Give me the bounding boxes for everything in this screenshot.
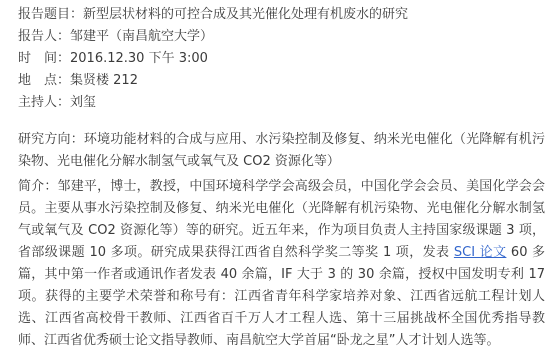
field-location: 地 点：集贤楼 212: [18, 70, 545, 92]
field-speaker-label: 报告人：: [18, 29, 70, 44]
bio-paragraph: 简介：邹建平，博士，教授，中国环境科学学会高级会员，中国化学会会员、美国化学会会…: [18, 176, 545, 352]
sci-papers-link[interactable]: SCI 论文: [454, 245, 506, 260]
field-time-value: 2016.12.30 下午 3:00: [70, 51, 208, 66]
field-location-label: 地 点：: [18, 73, 70, 88]
field-location-value: 集贤楼 212: [70, 73, 138, 88]
field-speaker: 报告人：邹建平（南昌航空大学）: [18, 26, 545, 48]
field-report-title-label: 报告题目：: [18, 7, 83, 22]
field-speaker-value: 邹建平（南昌航空大学）: [70, 29, 213, 44]
field-host: 主持人：刘玺: [18, 92, 545, 114]
header-fields: 报告题目：新型层状材料的可控合成及其光催化处理有机废水的研究 报告人：邹建平（南…: [18, 4, 545, 114]
field-host-label: 主持人：: [18, 95, 70, 110]
field-report-title: 报告题目：新型层状材料的可控合成及其光催化处理有机废水的研究: [18, 4, 545, 26]
field-time: 时 间：2016.12.30 下午 3:00: [18, 48, 545, 70]
field-host-value: 刘玺: [70, 95, 96, 110]
field-time-label: 时 间：: [18, 51, 70, 66]
bio-text-after-link: 60 多篇，其中第一作者或通讯作者发表 40 余篇，IF 大于 3 的 30 余…: [18, 245, 545, 348]
research-direction-label: 研究方向：: [18, 132, 84, 147]
research-direction-paragraph: 研究方向：环境功能材料的合成与应用、水污染控制及修复、纳米光电催化（光降解有机污…: [18, 129, 545, 173]
seminar-announcement: 报告题目：新型层状材料的可控合成及其光催化处理有机废水的研究 报告人：邹建平（南…: [18, 4, 545, 352]
research-direction-text: 环境功能材料的合成与应用、水污染控制及修复、纳米光电催化（光降解有机污染物、光电…: [18, 132, 545, 169]
bio-label: 简介：: [18, 179, 58, 194]
field-report-title-value: 新型层状材料的可控合成及其光催化处理有机废水的研究: [83, 7, 408, 22]
